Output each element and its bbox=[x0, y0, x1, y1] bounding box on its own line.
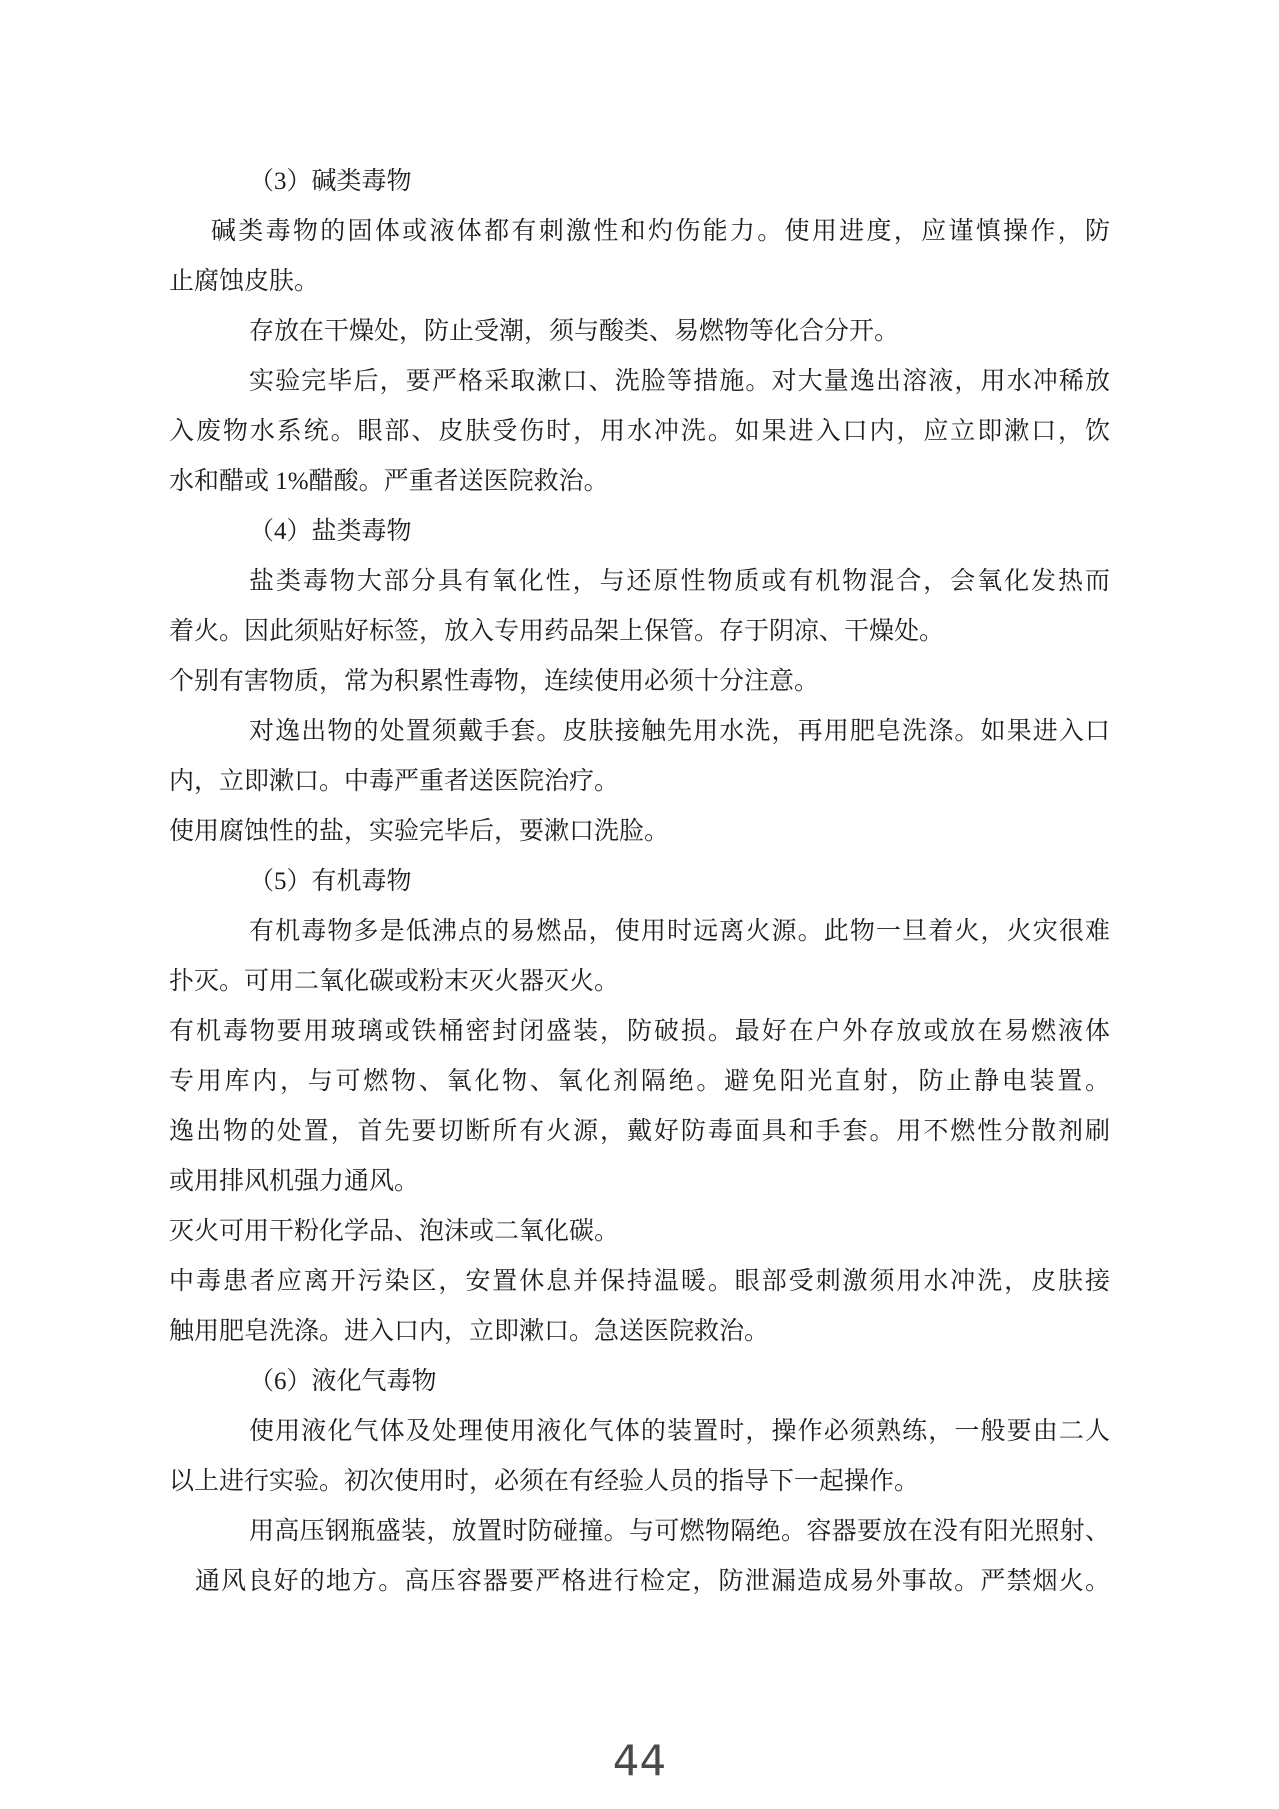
section-heading-5: （5）有机毒物 bbox=[249, 857, 1110, 907]
text-line: 着火。因此须贴好标签，放入专用药品架上保管。存于阴凉、干燥处。 bbox=[169, 607, 1110, 657]
section-heading-3: （3）碱类毒物 bbox=[249, 157, 1110, 207]
page-number: 44 bbox=[0, 1738, 1279, 1784]
text-line: 有机毒物多是低沸点的易燃品，使用时远离火源。此物一旦着火，火灾很难 bbox=[249, 907, 1110, 957]
text-line: 存放在干燥处，防止受潮，须与酸类、易燃物等化合分开。 bbox=[249, 307, 1110, 357]
text-line: 扑灭。可用二氧化碳或粉末灭火器灭火。 bbox=[169, 957, 1110, 1007]
text-body: （3）碱类毒物 碱类毒物的固体或液体都有刺激性和灼伤能力。使用进度，应谨慎操作，… bbox=[169, 157, 1110, 1607]
text-line: 或用排风机强力通风。 bbox=[169, 1157, 1110, 1207]
text-line: 使用腐蚀性的盐，实验完毕后，要漱口洗脸。 bbox=[169, 807, 1110, 857]
text-line: 专用库内，与可燃物、氧化物、氧化剂隔绝。避免阳光直射，防止静电装置。 bbox=[169, 1057, 1110, 1107]
text-line: 使用液化气体及处理使用液化气体的装置时，操作必须熟练，一般要由二人 bbox=[249, 1407, 1110, 1457]
text-line: 对逸出物的处置须戴手套。皮肤接触先用水洗，再用肥皂洗涤。如果进入口 bbox=[249, 707, 1110, 757]
text-line: 碱类毒物的固体或液体都有刺激性和灼伤能力。使用进度，应谨慎操作，防 bbox=[211, 207, 1110, 257]
text-line: 水和醋或 1%醋酸。严重者送医院救治。 bbox=[169, 457, 1110, 507]
text-line: 灭火可用干粉化学品、泡沫或二氧化碳。 bbox=[169, 1207, 1110, 1257]
text-line: 止腐蚀皮肤。 bbox=[169, 257, 1110, 307]
section-heading-4: （4）盐类毒物 bbox=[249, 507, 1110, 557]
text-line: 内，立即漱口。中毒严重者送医院治疗。 bbox=[169, 757, 1110, 807]
text-line: 逸出物的处置，首先要切断所有火源，戴好防毒面具和手套。用不燃性分散剂刷 bbox=[169, 1107, 1110, 1157]
text-line: 触用肥皂洗涤。进入口内，立即漱口。急送医院救治。 bbox=[169, 1307, 1110, 1357]
text-line: 个别有害物质，常为积累性毒物，连续使用必须十分注意。 bbox=[169, 657, 1110, 707]
text-line: 中毒患者应离开污染区，安置休息并保持温暖。眼部受刺激须用水冲洗，皮肤接 bbox=[169, 1257, 1110, 1307]
text-line: 用高压钢瓶盛装，放置时防碰撞。与可燃物隔绝。容器要放在没有阳光照射、 bbox=[249, 1507, 1110, 1557]
section-heading-6: （6）液化气毒物 bbox=[249, 1357, 1110, 1407]
text-line: 有机毒物要用玻璃或铁桶密封闭盛装，防破损。最好在户外存放或放在易燃液体 bbox=[169, 1007, 1110, 1057]
text-line: 通风良好的地方。高压容器要严格进行检定，防泄漏造成易外事故。严禁烟火。 bbox=[195, 1557, 1110, 1607]
document-page: （3）碱类毒物 碱类毒物的固体或液体都有刺激性和灼伤能力。使用进度，应谨慎操作，… bbox=[0, 0, 1279, 1809]
text-line: 盐类毒物大部分具有氧化性，与还原性物质或有机物混合，会氧化发热而 bbox=[249, 557, 1110, 607]
text-line: 以上进行实验。初次使用时，必须在有经验人员的指导下一起操作。 bbox=[169, 1457, 1110, 1507]
text-line: 入废物水系统。眼部、皮肤受伤时，用水冲洗。如果进入口内，应立即漱口，饮 bbox=[169, 407, 1110, 457]
text-line: 实验完毕后，要严格采取漱口、洗脸等措施。对大量逸出溶液，用水冲稀放 bbox=[249, 357, 1110, 407]
